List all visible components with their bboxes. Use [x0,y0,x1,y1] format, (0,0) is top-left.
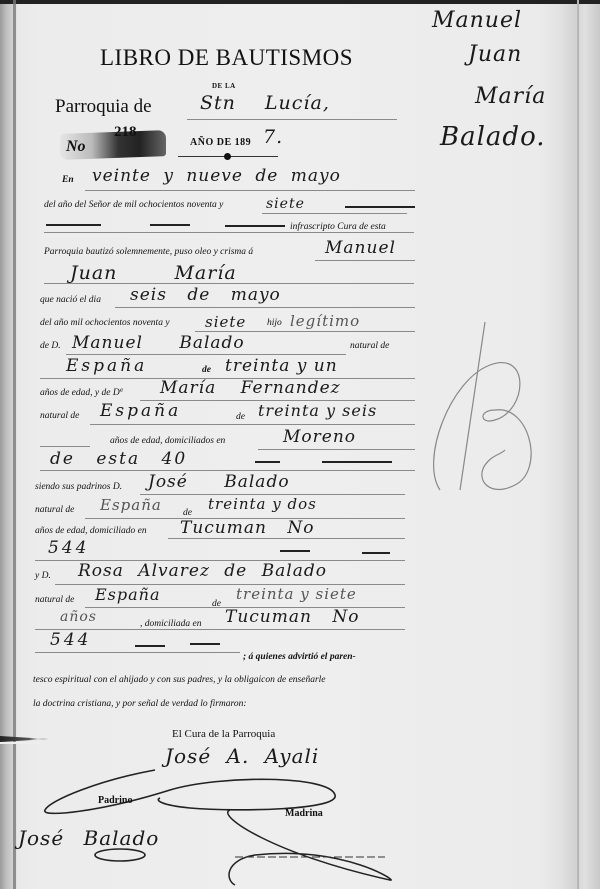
mother-prefix: años de edad, y de Dª [40,388,122,398]
hijo-label: hijo [267,318,282,328]
ornament-dot [224,153,231,160]
de-la-label: DE LA [212,82,236,90]
number-prefix: No [66,138,86,156]
en-label: En [62,175,74,185]
birth-year-label: del año mil ochocientos noventa y [40,318,170,328]
padrinos-label: siendo sus padrinos D. [35,482,122,492]
father-natural-label: natural de [350,341,389,351]
godfather-age-value: treinta y dos [208,495,317,513]
father-origin-value: España [66,356,147,376]
godmother-origin-value: España [95,585,161,604]
year-phrase-label: del año del Señor de mil ochocientos nov… [44,200,223,210]
rule-12 [258,449,415,450]
margin-name-line-1: Manuel [432,8,522,33]
book-binding [13,0,16,889]
rule-4 [315,260,415,261]
godmother-de-label: de [212,599,221,609]
parents-address-cont: de esta 40 [50,449,187,469]
baptism-record-page: LIBRO DE BAUTISMOS DE LA Parroquia de St… [0,0,600,889]
godfather-address-number: 544 [48,538,89,558]
year-words-value: siete [266,196,305,212]
birth-year-value: siete [205,313,246,331]
godfather-origin-value: España [100,496,162,514]
dash-21b [190,643,220,645]
dash-17a [280,550,310,552]
parroquia-rule [187,119,397,120]
rule-21 [35,652,240,653]
parroquia-value: Stn Lucía, [200,92,330,114]
child-name-part1: Manuel [325,238,396,258]
godmother-prefix: y D. [35,571,51,581]
godfather-domicile-label: años de edad, domiciliado en [35,526,147,536]
madrina-mark-icon [215,805,405,889]
padrino-signature-flourish-icon [90,845,150,865]
godmother-age-cont: años [60,609,97,625]
mother-age-value: treinta y seis [258,401,377,420]
parents-address-value: Moreno [283,427,356,447]
rule-11 [90,424,415,425]
godfather-address-value: Tucuman No [180,518,314,538]
margin-name-line-4: Balado. [440,122,546,152]
dash-13a [255,461,280,463]
godmother-address-value: Tucuman No [225,607,359,627]
father-age-value: treinta y un [225,356,338,376]
parentesco-phrase: tesco espiritual con el ahijado y con su… [33,675,326,685]
rule-3 [44,232,414,233]
dash-3a [46,224,101,226]
rule-16 [168,538,405,539]
godmother-age-value: treinta y siete [236,585,357,603]
padrino-label: Padrino [98,795,132,806]
year-label: AÑO DE 189 [190,137,251,148]
cura-phrase-label: infrascripto Cura de esta [290,222,386,232]
rule-13 [40,470,415,471]
rule-8 [66,354,346,355]
doctrina-phrase: la doctrina cristiana, y por señal de ve… [33,699,247,709]
page-top-edge [0,0,600,4]
parroquia-label: Parroquia de [55,96,152,118]
godmother-natural-label: natural de [35,595,74,605]
godfather-natural-label: natural de [35,505,74,515]
father-prefix: de D. [40,341,61,351]
rule-7 [195,331,415,332]
mother-natural-label: natural de [40,411,79,421]
mother-name-value: María Fernandez [160,378,341,398]
rule-12a [40,446,90,447]
baptism-date-value: veinte y nueve de mayo [92,166,341,186]
godmother-address-number: 544 [50,630,91,650]
mother-origin-value: España [100,401,181,421]
dash-3b [150,224,190,226]
mother-de-label: de [236,412,245,422]
nacio-label: que nació el dia [40,295,101,305]
dash-3c [225,225,285,227]
pencil-letter-b-icon [420,320,540,500]
year-value: 7. [263,126,283,148]
advirtio-phrase: ; á quienes advirtió el paren- [243,652,356,662]
rule-2 [262,213,407,214]
dash-21a [135,645,165,647]
legitimacy-value: legítimo [290,312,360,330]
bautizo-phrase-label: Parroquia bautizó solemnemente, puso ole… [44,247,253,257]
rule-1 [85,190,415,191]
domiciliados-label: años de edad, domiciliados en [110,436,225,446]
godmother-name-value: Rosa Alvarez de Balado [78,561,327,581]
pin-highlight [0,742,40,744]
dash-2 [345,206,415,208]
dash-17b [362,552,390,554]
margin-name-line-3: María [475,84,546,109]
birth-date-value: seis de mayo [130,285,281,305]
book-title: LIBRO DE BAUTISMOS [100,45,353,71]
record-number: 218 [114,124,137,141]
dash-13b [322,461,392,463]
godfather-de-label: de [183,508,192,518]
domiciliada-label: , domiciliada en [140,619,201,629]
margin-name-line-2: Juan [468,42,522,67]
child-name-part2: Juan María [70,262,237,284]
father-name-value: Manuel Balado [72,333,245,353]
godfather-name-value: José Balado [148,472,290,492]
rule-6 [115,307,415,308]
father-de-label: de [202,365,211,375]
page-fold [577,0,579,889]
cura-label: El Cura de la Parroquia [172,728,275,740]
